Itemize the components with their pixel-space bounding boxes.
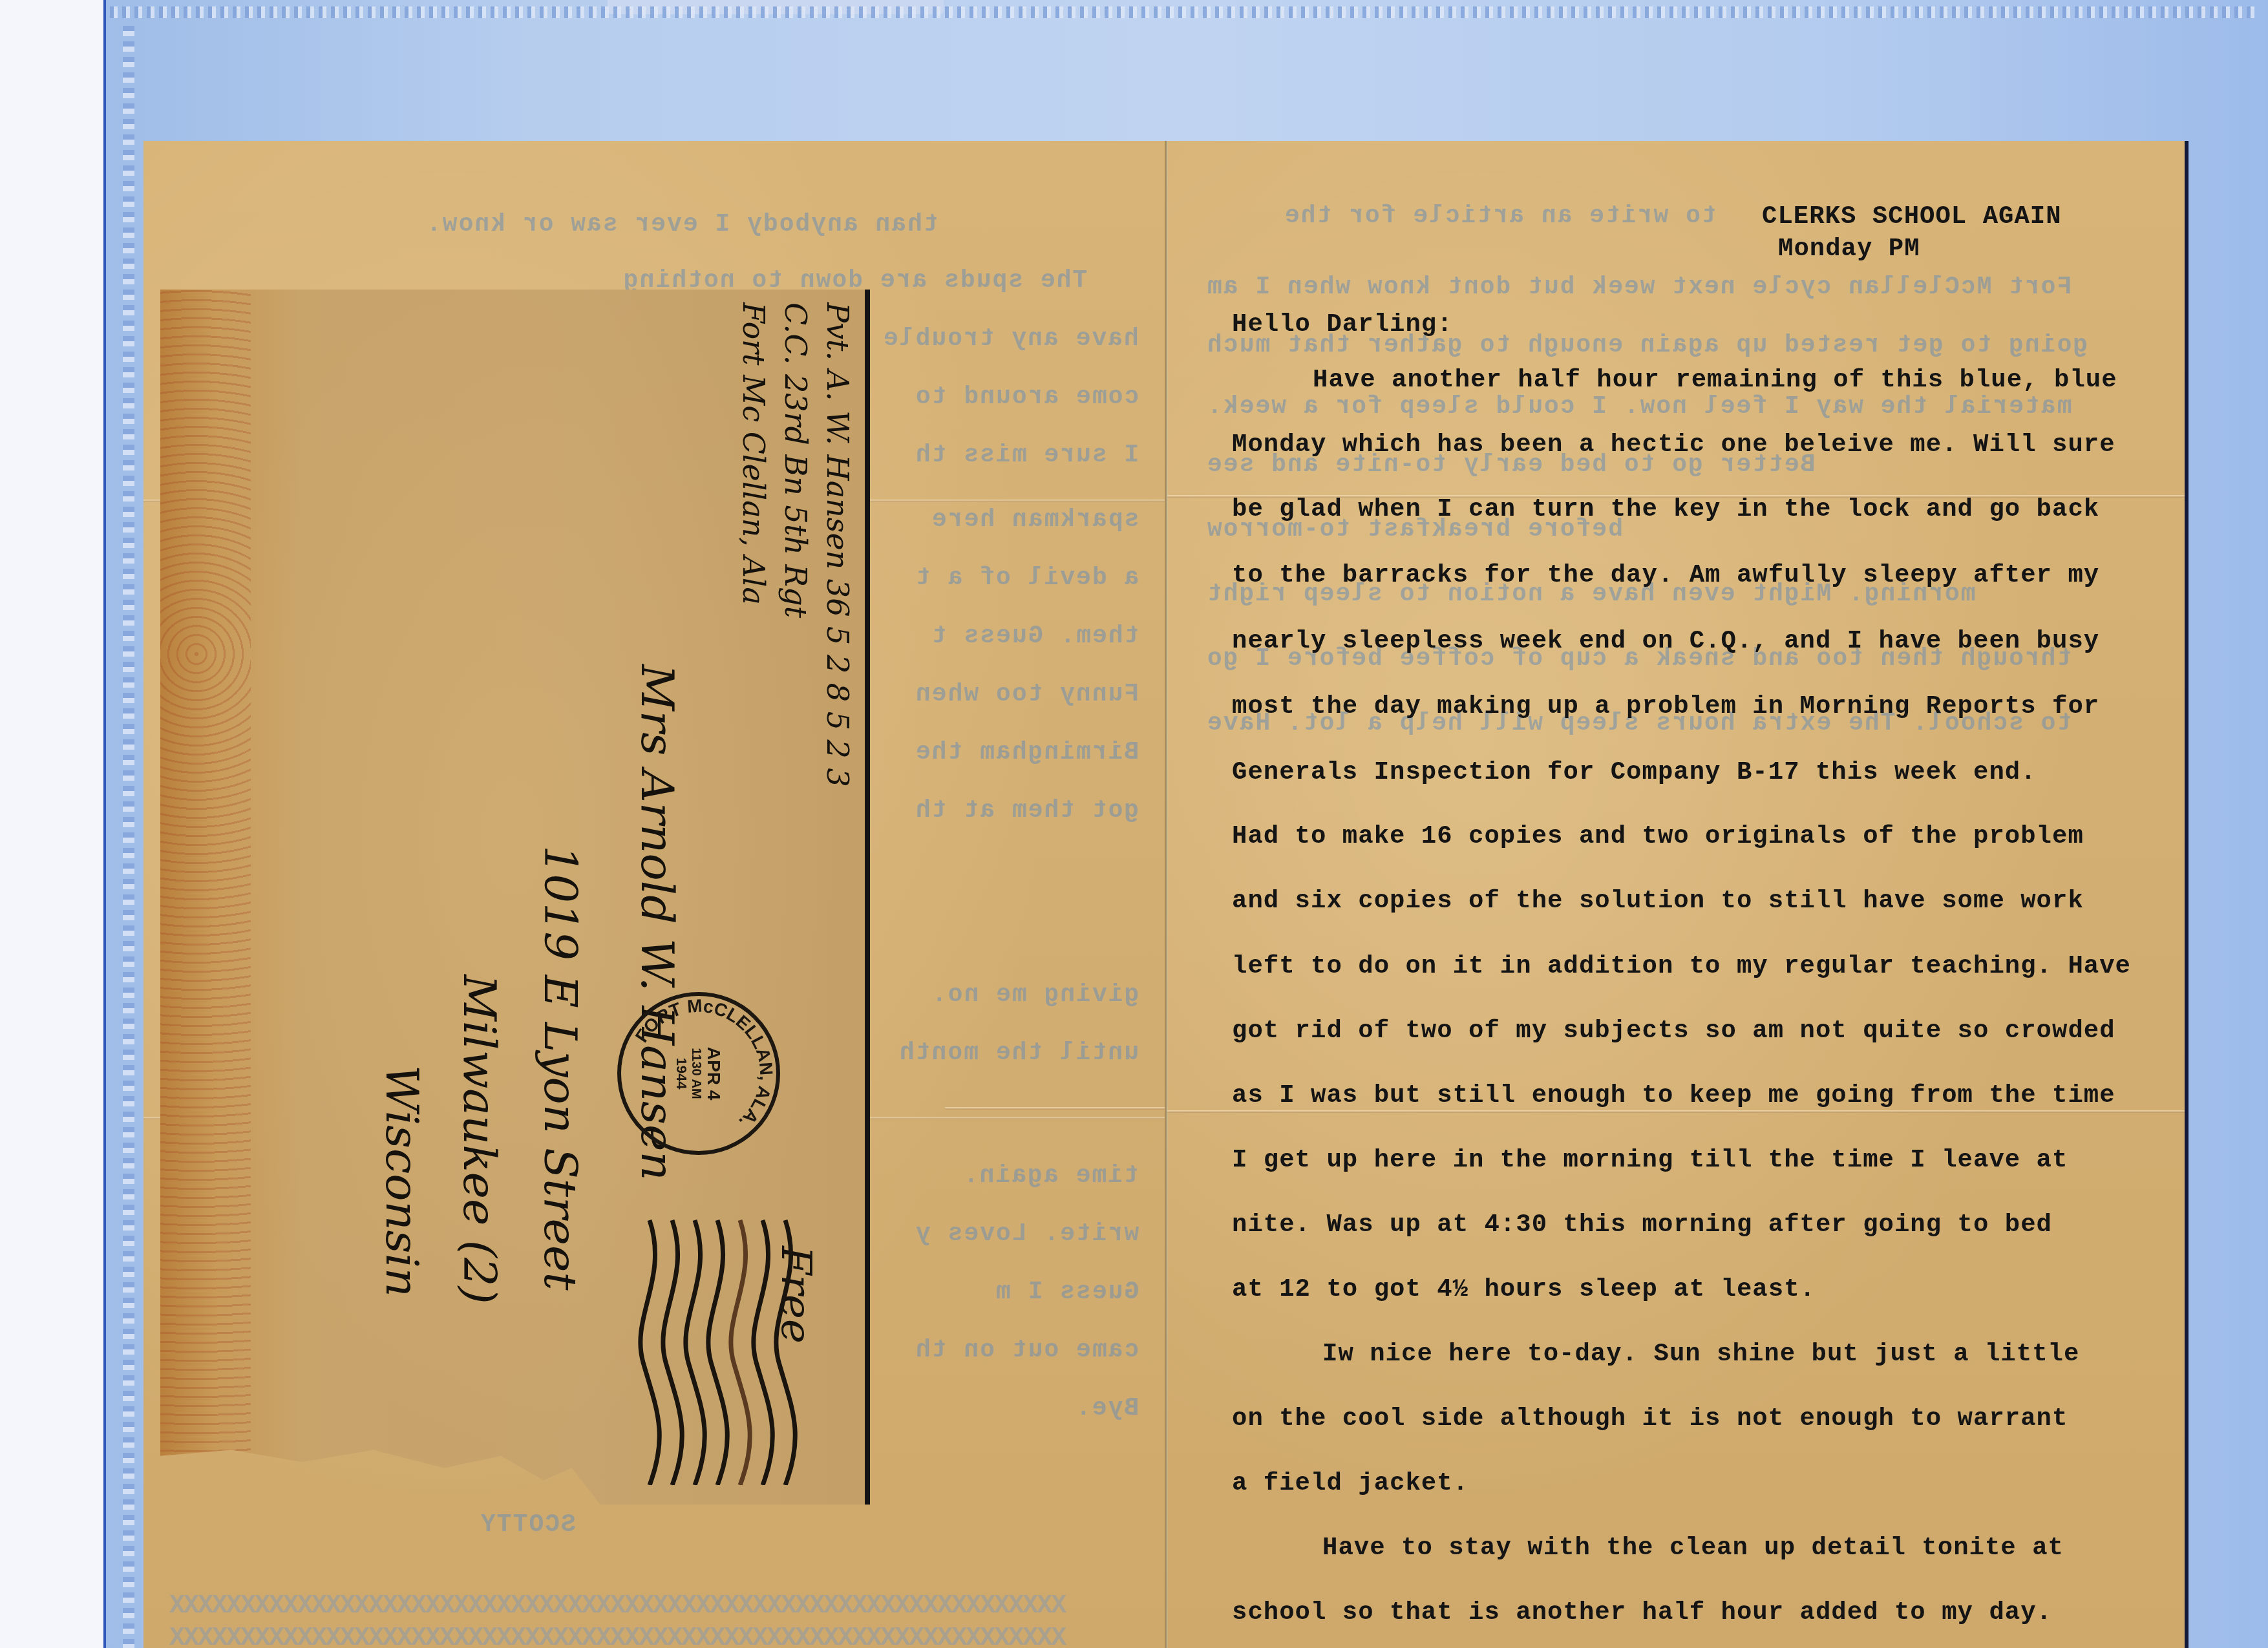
letter-heading-title: CLERKS SCHOOL AGAIN [1762,202,2062,231]
postmark-date: APR 4 [704,1047,724,1100]
letter-line: I get up here in the morning till the ti… [1232,1146,2068,1174]
show-through-line: Birmingham the [915,739,1139,766]
letter-line: a field jacket. [1232,1469,1468,1497]
letter-line: school so that is another half hour adde… [1232,1598,2052,1627]
letter-line: to the barracks for the day. Am awfully … [1232,561,2099,589]
sleeve-perforation-left [123,26,134,1648]
return-address-line: C.C. 23rd Bn 5th Rgt [778,302,813,618]
letter-line: Iw nice here to-day. Sun shine but just … [1322,1340,2079,1368]
letter-heading-day: Monday PM [1778,235,1920,263]
show-through-line: than anybody I ever saw or know. [425,211,938,238]
fold-crease [945,1107,1165,1110]
show-through-line: Fort McClellan cycle next week but dont … [1206,273,2072,301]
show-through-line: to write an article for the [1284,202,1717,230]
letter-page-right: to write an article for the Fort McClell… [1167,141,2189,1648]
envelope: Pvt. A. W. Hansen 36 5 2 8 5 2 3 C.C. 23… [160,290,870,1505]
show-through-line: material the way I feel now. I could sle… [1206,393,2072,421]
letter-line: nite. Was up at 4:30 this morning after … [1232,1210,2052,1239]
letter-line: on the cool side although it is not enou… [1232,1404,2068,1433]
show-through-signature: SCOTTY [480,1511,576,1539]
show-through-line: Bye. [1075,1395,1139,1422]
letter-line: got rid of two of my subjects so am not … [1232,1017,2115,1045]
envelope-stain [160,290,251,1505]
show-through-line: write. Loves y [915,1220,1139,1248]
show-through-line: a devil of a t [915,564,1139,592]
show-through-line: sparkman here [931,506,1139,534]
show-through-xxx-row: XXXXXXXXXXXXXXXXXXXXXXXXXXXXXXXXXXXXXXXX… [169,1624,1139,1648]
show-through-line: have any trouble [882,325,1139,353]
letter-line: as I was but still enough to keep me goi… [1232,1081,2115,1110]
cancellation-wavy-lines-icon [630,1214,805,1485]
return-address-line: Pvt. A. W. Hansen 36 5 2 8 5 2 3 [820,302,855,787]
letter-line: most the day making up a problem in Morn… [1232,692,2099,721]
fold-crease [1167,1110,2185,1113]
show-through-line: time again. [962,1162,1139,1190]
letter-line: left to do on it in addition to my regul… [1232,952,2131,980]
return-address-line: Fort Mc Clellan, Ala [736,302,771,605]
sleeve-perforation-top [110,6,2256,18]
show-through-line: giving me no. [931,981,1139,1009]
letter-line: at 12 to got 4½ hours sleep at least. [1232,1275,1816,1304]
show-through-xxx-row: XXXXXXXXXXXXXXXXXXXXXXXXXXXXXXXXXXXXXXXX… [169,1592,1139,1619]
show-through-line: came out on th [915,1336,1139,1364]
recipient-street: 1019 E Lyon Street [534,845,587,1291]
letter-line: and six copies of the solution to still … [1232,887,2084,915]
recipient-state: Wisconsin [376,1065,429,1297]
letter-line: be glad when I can turn the key in the l… [1232,495,2099,523]
letter-line: Have to stay with the clean up detail to… [1322,1534,2064,1562]
show-through-line: got them at th [915,797,1139,825]
letter-salutation: Hello Darling: [1232,310,1453,339]
show-through-line: come around to [915,383,1139,411]
recipient-city: Milwaukee (2) [453,975,506,1304]
show-through-line: them. Guess t [931,622,1139,650]
letter-line: nearly sleepless week end on C.Q., and I… [1232,627,2099,655]
letter-line: Have another half hour remaining of this… [1313,366,2117,394]
letter-line: Generals Inspection for Company B-17 thi… [1232,758,2037,787]
letter-line: Had to make 16 copies and two originals … [1232,822,2084,850]
postmark-stamp: FORT McCLELLAN, ALA. APR 4 1130 AM 1944 [617,992,780,1155]
show-through-line: Funny too when [915,681,1139,708]
postmark-center: APR 4 1130 AM 1944 [674,1047,724,1100]
show-through-line: I sure miss th [915,441,1139,469]
show-through-line: Guess I m [995,1278,1139,1306]
letter-line: Monday which has been a hectic one belei… [1232,430,2115,459]
show-through-line: until the month [898,1039,1139,1067]
postmark-time: 1130 AM [690,1047,704,1100]
postmark-year: 1944 [674,1047,690,1100]
